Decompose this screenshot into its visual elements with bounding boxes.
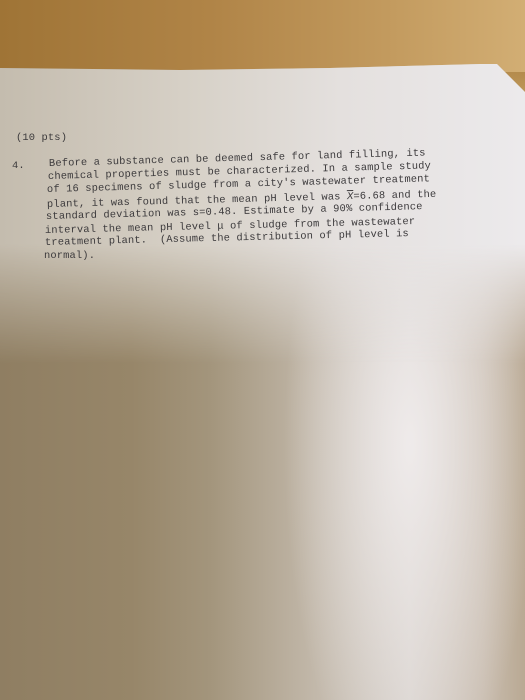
points-label: (10 pts) (16, 132, 67, 144)
desk-surface (0, 0, 525, 72)
question-number: 4. (12, 160, 25, 172)
question-line-8: normal). (44, 250, 95, 262)
